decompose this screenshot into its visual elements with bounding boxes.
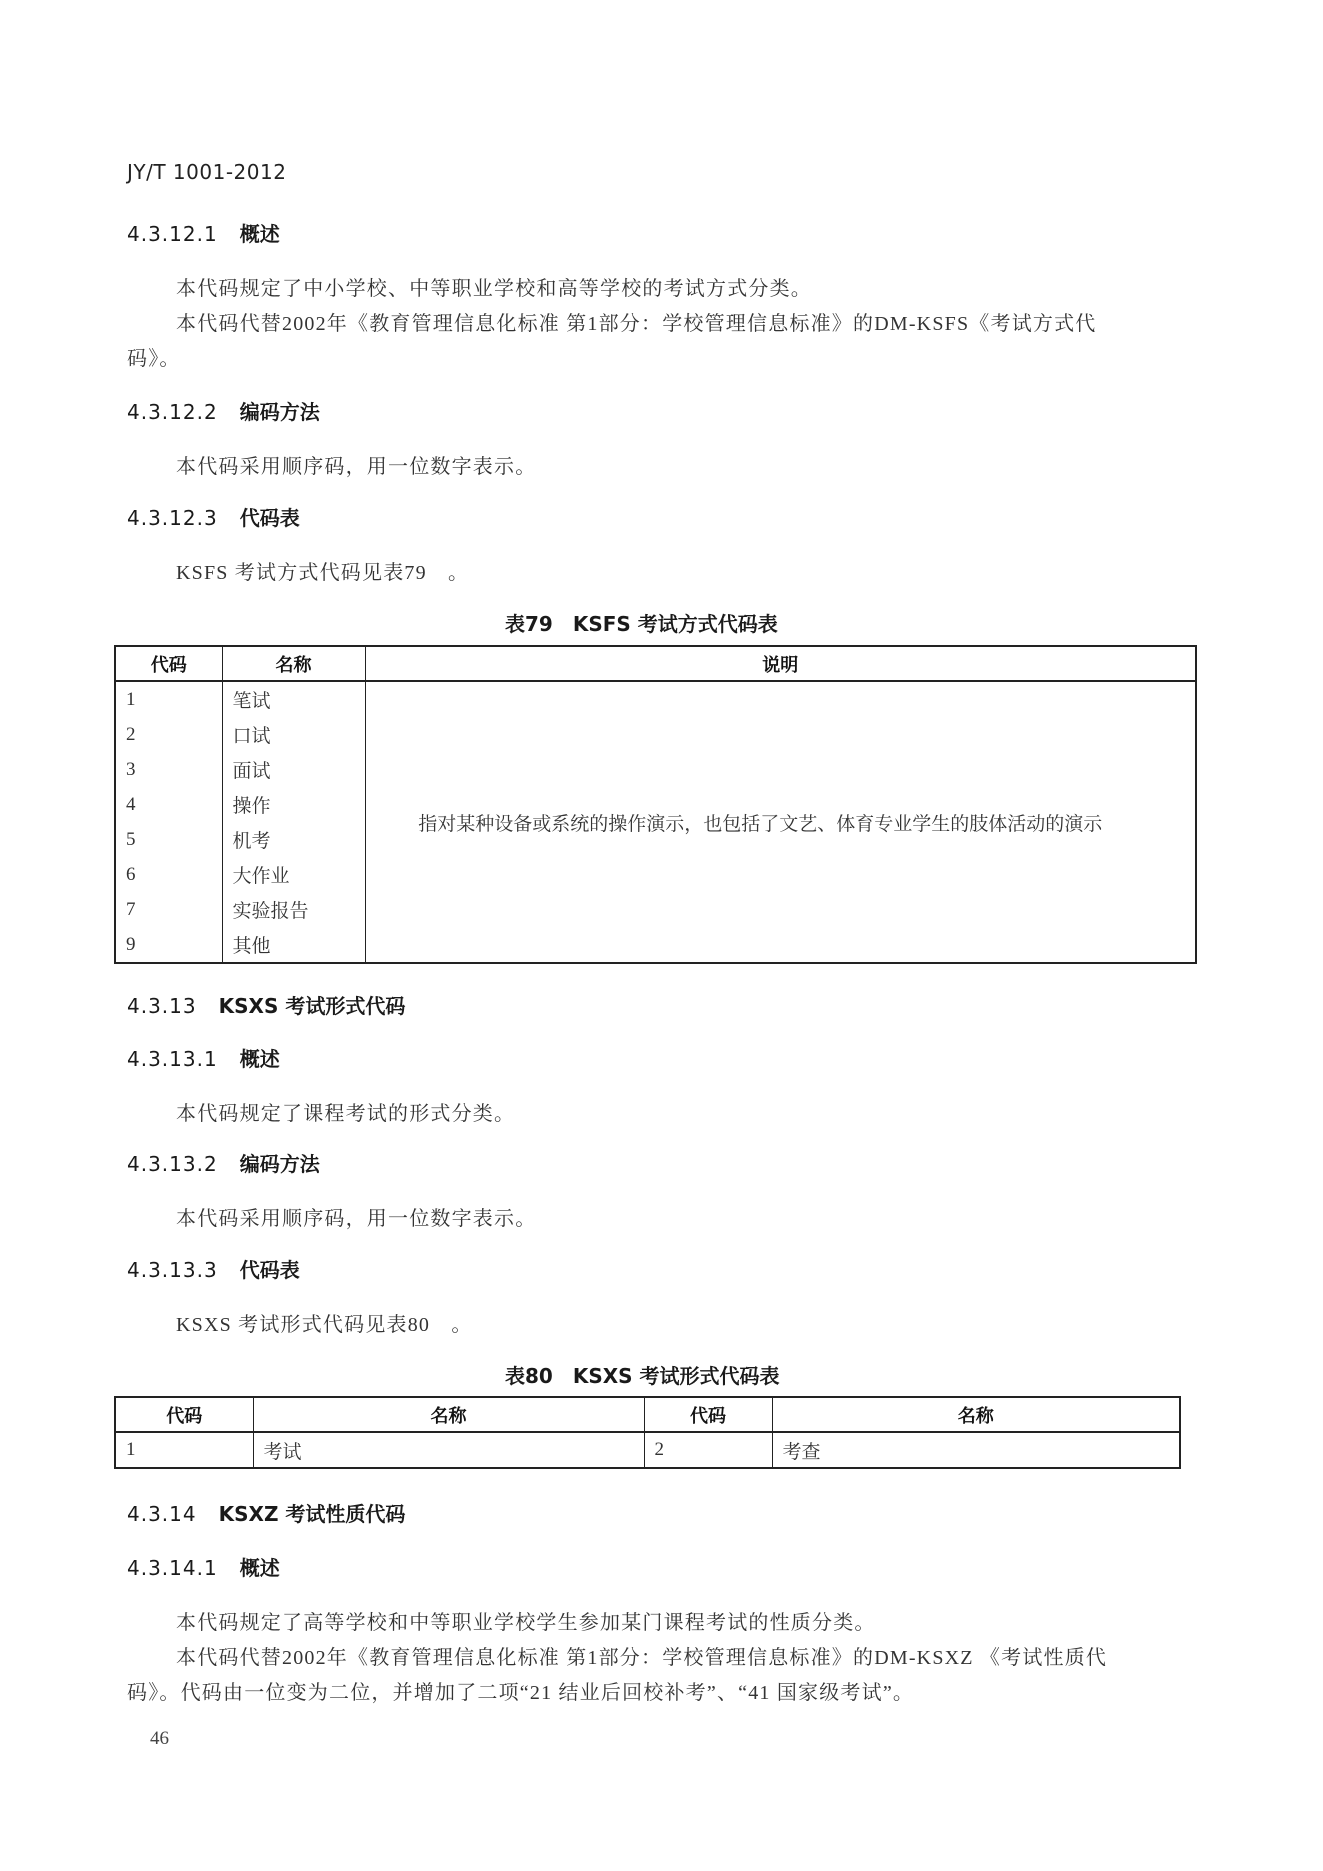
section-number: 4.3.14 (127, 1502, 197, 1526)
name-cell: 实验报告 (222, 892, 365, 927)
section-title: 概述 (240, 222, 280, 246)
section-title: 概述 (240, 1556, 280, 1580)
paragraph: 本代码采用顺序码，用一位数字表示。 (176, 1202, 536, 1231)
column-header-name: 名称 (253, 1397, 644, 1432)
name-cell: 操作 (222, 787, 365, 822)
code-cell: 6 (115, 857, 222, 892)
paragraph: 本代码规定了中小学校、中等职业学校和高等学校的考试方式分类。 (176, 272, 812, 301)
column-header-code: 代码 (115, 1397, 253, 1432)
section-title: 编码方法 (240, 1152, 320, 1176)
table-header-row: 代码 名称 代码 名称 (115, 1397, 1180, 1432)
name-cell: 其他 (222, 927, 365, 963)
section-heading: 4.3.14KSXZ 考试性质代码 (127, 1498, 405, 1527)
name-cell: 考试 (253, 1432, 644, 1468)
code-cell: 4 (115, 787, 222, 822)
page-number: 46 (150, 1728, 169, 1750)
code-cell: 1 (115, 1432, 253, 1468)
section-number: 4.3.13.2 (127, 1152, 218, 1176)
section-heading: 4.3.12.3代码表 (127, 502, 300, 531)
paragraph: KSXS 考试形式代码见表80 。 (176, 1308, 473, 1337)
section-title: KSXS 考试形式代码 (219, 994, 406, 1018)
section-number: 4.3.14.1 (127, 1556, 218, 1580)
code-cell: 2 (644, 1432, 772, 1468)
name-cell: 大作业 (222, 857, 365, 892)
section-title: 代码表 (240, 506, 300, 530)
name-cell: 机考 (222, 822, 365, 857)
section-number: 4.3.12.3 (127, 506, 218, 530)
code-cell: 2 (115, 717, 222, 752)
ksfs-code-table: 代码 名称 说明 1 笔试 指对某种设备或系统的操作演示，也包括了文艺、体育专业… (114, 645, 1197, 964)
table-row: 1 笔试 指对某种设备或系统的操作演示，也包括了文艺、体育专业学生的肢体活动的演… (115, 681, 1196, 717)
ksxs-code-table: 代码 名称 代码 名称 1 考试 2 考查 (114, 1396, 1181, 1469)
section-number: 4.3.13.1 (127, 1047, 218, 1071)
table-caption: 表79 KSFS 考试方式代码表 (505, 608, 778, 637)
section-heading: 4.3.14.1概述 (127, 1552, 280, 1581)
paragraph: 本代码采用顺序码，用一位数字表示。 (176, 450, 536, 479)
paragraph-continuation: 码》。代码由一位变为二位，并增加了二项“21 结业后回校补考”、“41 国家级考… (127, 1676, 914, 1705)
code-cell: 7 (115, 892, 222, 927)
paragraph: 本代码规定了课程考试的形式分类。 (176, 1097, 515, 1126)
paragraph: 本代码代替2002年《教育管理信息化标准 第1部分：学校管理信息标准》的DM-K… (176, 1641, 1107, 1670)
table-caption: 表80 KSXS 考试形式代码表 (505, 1360, 780, 1389)
section-heading: 4.3.13.2编码方法 (127, 1148, 320, 1177)
section-heading: 4.3.12.1概述 (127, 218, 280, 247)
section-number: 4.3.13.3 (127, 1258, 218, 1282)
paragraph: KSFS 考试方式代码见表79 。 (176, 556, 469, 585)
column-header-name: 名称 (772, 1397, 1180, 1432)
code-cell: 9 (115, 927, 222, 963)
name-cell: 口试 (222, 717, 365, 752)
column-header-description: 说明 (365, 646, 1196, 681)
section-number: 4.3.12.1 (127, 222, 218, 246)
name-cell: 笔试 (222, 681, 365, 717)
column-header-name: 名称 (222, 646, 365, 681)
name-cell: 考查 (772, 1432, 1180, 1468)
paragraph: 本代码代替2002年《教育管理信息化标准 第1部分：学校管理信息标准》的DM-K… (176, 307, 1097, 336)
section-title: 概述 (240, 1047, 280, 1071)
section-number: 4.3.13 (127, 994, 197, 1018)
table-header-row: 代码 名称 说明 (115, 646, 1196, 681)
code-cell: 1 (115, 681, 222, 717)
section-number: 4.3.12.2 (127, 400, 218, 424)
paragraph-continuation: 码》。 (127, 342, 181, 371)
column-header-code: 代码 (644, 1397, 772, 1432)
document-id: JY/T 1001-2012 (127, 160, 286, 184)
section-title: 代码表 (240, 1258, 300, 1282)
section-heading: 4.3.12.2编码方法 (127, 396, 320, 425)
description-cell: 指对某种设备或系统的操作演示，也包括了文艺、体育专业学生的肢体活动的演示 (365, 681, 1196, 963)
paragraph: 本代码规定了高等学校和中等职业学校学生参加某门课程考试的性质分类。 (176, 1606, 876, 1635)
section-heading: 4.3.13.1概述 (127, 1043, 280, 1072)
section-heading: 4.3.13KSXS 考试形式代码 (127, 990, 405, 1019)
section-heading: 4.3.13.3代码表 (127, 1254, 300, 1283)
table-row: 1 考试 2 考查 (115, 1432, 1180, 1468)
name-cell: 面试 (222, 752, 365, 787)
section-title: KSXZ 考试性质代码 (219, 1502, 406, 1526)
code-cell: 5 (115, 822, 222, 857)
column-header-code: 代码 (115, 646, 222, 681)
section-title: 编码方法 (240, 400, 320, 424)
code-cell: 3 (115, 752, 222, 787)
